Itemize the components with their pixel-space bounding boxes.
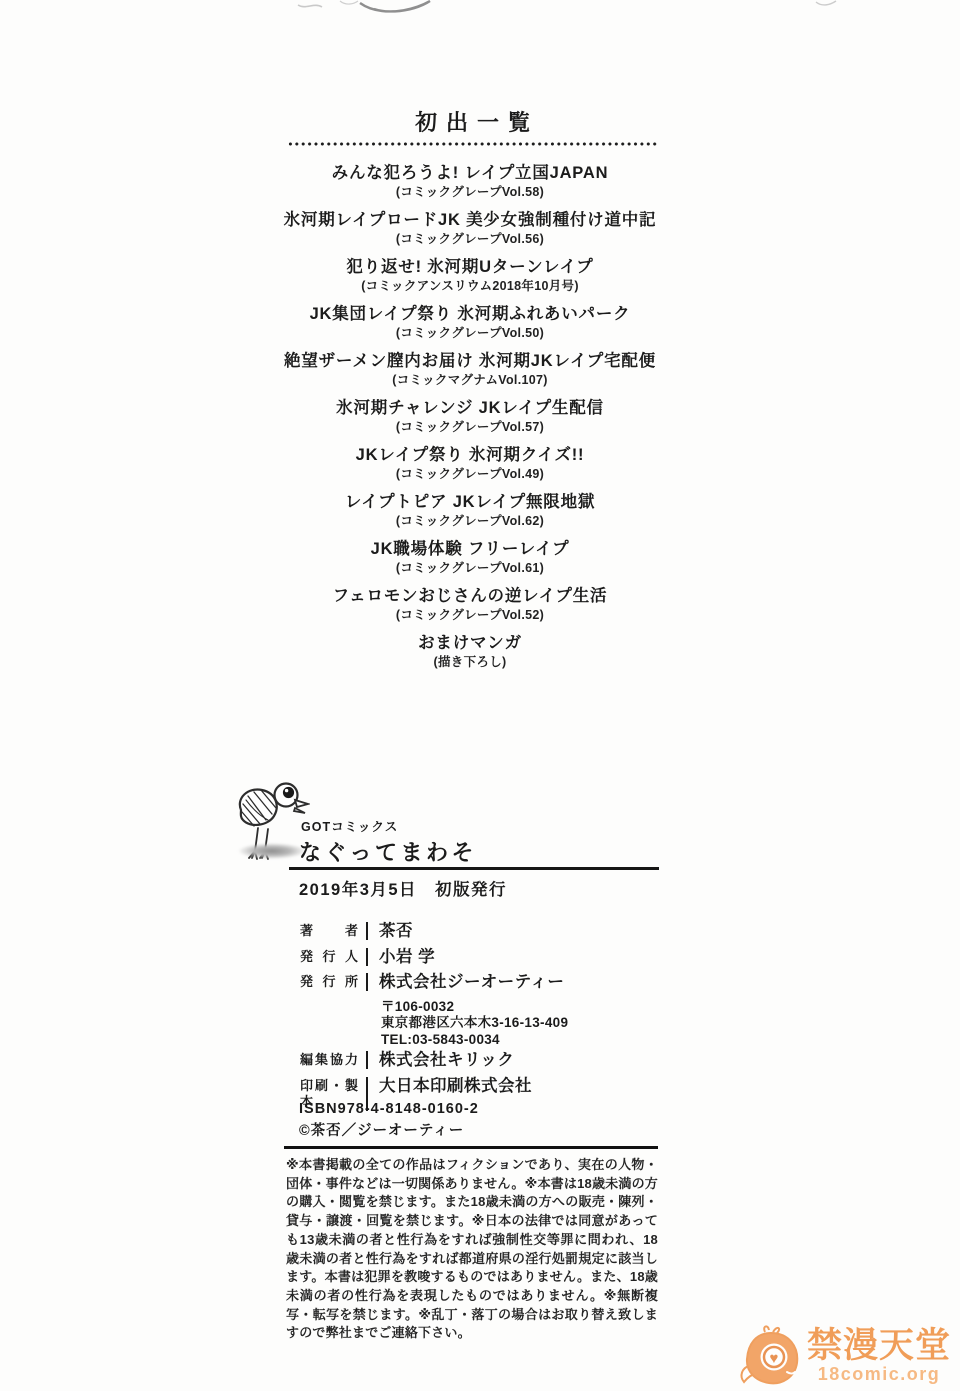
credit-row: 〒106-0032 [300,999,680,1015]
watermark-text: 禁漫天堂 18comic.org [807,1328,951,1384]
work-title: フェロモンおじさんの逆レイプ生活 [248,584,692,608]
work-title: おまけマンガ [248,631,692,655]
colophon-page: 初出一覧 みんな犯ろうよ! レイプ立国JAPAN(コミックグレープVol.58)… [0,0,960,1391]
work-title: JK集団レイプ祭り 氷河期ふれあいパーク [248,302,692,326]
disclaimer-rule [284,1146,658,1149]
credit-row: 発行所株式会社ジーオーティー [300,973,680,991]
work-source: (コミックアンスリウム2018年10月号) [248,279,692,294]
watermark-site-url: 18comic.org [807,1365,951,1384]
credit-label: 編集協力 [300,1051,366,1069]
credit-value: 茶否 [368,922,413,940]
work-entry: 氷河期レイプロードJK 美少女強制種付け道中記(コミックグレープVol.56) [248,208,692,247]
credit-value: 株式会社キリック [368,1051,514,1069]
work-source: (コミックグレープVol.52) [248,608,692,623]
work-source: (コミックグレープVol.58) [248,185,692,200]
title-rule [289,867,659,870]
cropped-pencil-sketch [280,0,840,22]
credit-label: 著者 [300,922,366,940]
copyright: ©茶否／ジーオーティー [299,1119,464,1140]
work-entry: JKレイプ祭り 氷河期クイズ!!(コミックグレープVol.49) [248,443,692,482]
isbn: ISBN978-4-8148-0160-2 [299,1101,479,1117]
credit-label [300,999,366,1001]
work-title: レイプトピア JKレイプ無限地獄 [248,490,692,514]
work-source: (コミックグレープVol.61) [248,561,692,576]
credit-row: 東京都港区六本木3-16-13-409 [300,1015,680,1031]
work-title: みんな犯ろうよ! レイプ立国JAPAN [248,161,692,185]
work-source: (コミックマグナムVol.107) [248,373,692,388]
work-title: JK職場体験 フリーレイプ [248,537,692,561]
work-entry: JK職場体験 フリーレイプ(コミックグレープVol.61) [248,537,692,576]
work-entry: フェロモンおじさんの逆レイプ生活(コミックグレープVol.52) [248,584,692,623]
credit-row: TEL:03-5843-0034 [300,1032,680,1048]
credits-table: 著者茶否発行人小岩 学発行所株式会社ジーオーティー〒106-0032東京都港区六… [300,922,680,1118]
work-title: 氷河期レイプロードJK 美少女強制種付け道中記 [248,208,692,232]
work-entry: みんな犯ろうよ! レイプ立国JAPAN(コミックグレープVol.58) [248,161,692,200]
work-title: 氷河期チャレンジ JKレイプ生配信 [248,396,692,420]
work-entry: レイプトピア JKレイプ無限地獄(コミックグレープVol.62) [248,490,692,529]
work-entry: 絶望ザーメン膣内お届け 氷河期JKレイプ宅配便(コミックマグナムVol.107) [248,349,692,388]
credit-label [300,1032,366,1034]
dotted-divider [288,141,657,147]
credit-label [300,1015,366,1017]
works-list: みんな犯ろうよ! レイプ立国JAPAN(コミックグレープVol.58)氷河期レイ… [248,161,692,678]
work-source: (コミックグレープVol.50) [248,326,692,341]
credit-label: 発行所 [300,973,366,991]
edition-date: 2019年3月5日 初版発行 [299,876,507,900]
whale-mascot-icon: ♥ [737,1322,805,1390]
credit-value: 大日本印刷株式会社 [368,1077,532,1095]
work-source: (コミックグレープVol.62) [248,514,692,529]
credit-label: 発行人 [300,948,366,966]
work-entry: JK集団レイプ祭り 氷河期ふれあいパーク(コミックグレープVol.50) [248,302,692,341]
work-source: (描き下ろし) [248,655,692,670]
imprint-label: GOTコミックス [301,817,398,835]
svg-text:♥: ♥ [770,1350,779,1367]
work-source: (コミックグレープVol.57) [248,420,692,435]
disclaimer-text: ※本書掲載の全ての作品はフィクションであり、実在の人物・団体・事件などは一切関係… [286,1156,658,1343]
work-title: 犯り返せ! 氷河期Uターンレイプ [248,255,692,279]
credit-value: 小岩 学 [368,948,435,966]
work-source: (コミックグレープVol.49) [248,467,692,482]
credit-row: 編集協力株式会社キリック [300,1051,680,1069]
work-source: (コミックグレープVol.56) [248,232,692,247]
credit-value: 東京都港区六本木3-16-13-409 [368,1015,568,1031]
site-watermark: ♥ 禁漫天堂 18comic.org [737,1321,958,1391]
watermark-site-name: 禁漫天堂 [807,1328,951,1364]
work-title: JKレイプ祭り 氷河期クイズ!! [248,443,692,467]
credit-row: 著者茶否 [300,922,680,940]
page-title: 初出一覧 [288,106,657,137]
credit-row: 発行人小岩 学 [300,948,680,966]
book-title: なぐってまわそ [299,836,477,867]
credit-value: 株式会社ジーオーティー [368,973,564,991]
credit-value: TEL:03-5843-0034 [368,1032,500,1048]
gray-ellipse-shadow [238,843,306,859]
credit-value: 〒106-0032 [368,999,454,1015]
work-entry: 犯り返せ! 氷河期Uターンレイプ(コミックアンスリウム2018年10月号) [248,255,692,294]
work-entry: 氷河期チャレンジ JKレイプ生配信(コミックグレープVol.57) [248,396,692,435]
work-title: 絶望ザーメン膣内お届け 氷河期JKレイプ宅配便 [248,349,692,373]
work-entry: おまけマンガ(描き下ろし) [248,631,692,670]
